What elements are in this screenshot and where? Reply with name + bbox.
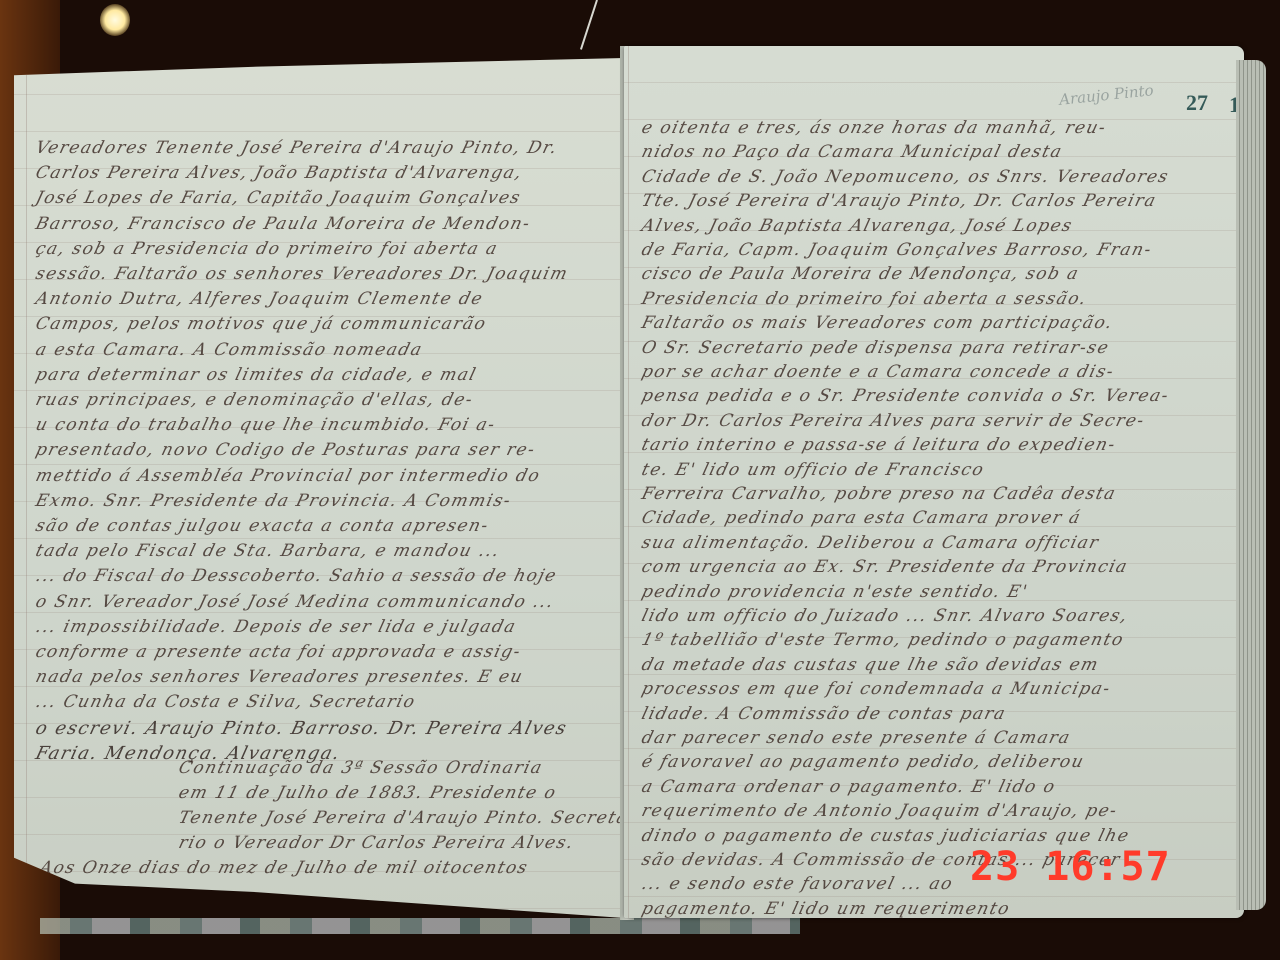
handwritten-line: Cidade de S. João Nepomuceno, os Snrs. V… (640, 167, 1172, 187)
paper-stack-under-book (40, 918, 800, 934)
handwritten-line: Continuação da 3ª Sessão Ordinaria (177, 758, 546, 778)
handwritten-line: pedindo providencia n'este sentido. E' (640, 582, 1031, 602)
handwritten-line: ... e sendo este favoravel ... ao (640, 874, 956, 894)
handwritten-line: pagamento. E' lido um requerimento (640, 899, 1013, 918)
left-page: Vereadores Tenente José Pereira d'Araujo… (14, 58, 624, 918)
handwritten-line: Ferreira Carvalho, pobre preso na Cadêa … (640, 484, 1119, 504)
handwritten-line: o escrevi. Araujo Pinto. Barroso. Dr. Pe… (33, 718, 569, 739)
handwritten-line: Tenente José Pereira d'Araujo Pinto. Sec… (177, 808, 624, 828)
handwritten-line: O Sr. Secretario pede dispensa para reti… (640, 338, 1112, 358)
handwritten-line: te. E' lido um officio de Francisco (640, 460, 987, 480)
handwritten-line: dor Dr. Carlos Pereira Alves para servir… (640, 411, 1148, 431)
handwritten-line: sua alimentação. Deliberou a Camara offi… (640, 533, 1102, 553)
handwritten-line: Cidade, pedindo para esta Camara prover … (640, 508, 1084, 528)
handwritten-line: o Snr. Vereador José José Medina communi… (34, 592, 557, 612)
handwritten-line: mettido á Assembléa Provincial por inter… (34, 466, 543, 486)
page-edges (1236, 60, 1266, 910)
handwritten-line: Campos, pelos motivos que já communicarã… (34, 314, 489, 334)
handwritten-line: presentado, novo Codigo de Posturas para… (34, 440, 538, 460)
handwritten-line: com urgencia ao Ex. Sr. Presidente da Pr… (640, 557, 1131, 577)
handwritten-line: Vereadores Tenente José Pereira d'Araujo… (34, 138, 561, 158)
handwritten-line: Alves, João Baptista Alvarenga, José Lop… (640, 216, 1075, 236)
handwritten-line: processos em que foi condemnada a Munici… (640, 679, 1114, 699)
handwritten-line: cisco de Paula Moreira de Mendonça, sob … (640, 264, 1082, 284)
handwritten-line: lido um officio do Juizado ... Snr. Alva… (640, 606, 1131, 626)
handwritten-line: Aos Onze dias do mez de Julho de mil oit… (38, 858, 531, 878)
handwritten-line: da metade das custas que lhe são devidas… (640, 655, 1102, 675)
handwritten-line: em 11 de Julho de 1883. Presidente o (177, 783, 559, 803)
handwritten-line: ... Cunha da Costa e Silva, Secretario (34, 692, 418, 712)
handwritten-line: requerimento de Antonio Joaquim d'Araujo… (640, 801, 1120, 821)
handwritten-line: conforme a presente acta foi approvada e… (34, 642, 524, 662)
handwritten-line: Barroso, Francisco de Paula Moreira de M… (34, 214, 533, 234)
handwritten-line: a Camara ordenar o pagamento. E' lido o (640, 777, 1059, 797)
handwritten-line: sessão. Faltarão os senhores Vereadores … (34, 264, 571, 284)
handwritten-line: Faltarão os mais Vereadores com particip… (640, 313, 1116, 333)
handwritten-line: Exmo. Snr. Presidente da Provincia. A Co… (34, 491, 514, 511)
bookmark-string (580, 0, 598, 50)
handwritten-line: de Faria, Capm. Joaquim Gonçalves Barros… (640, 240, 1155, 260)
right-page: Araujo Pinto 27 1 e oitenta e tres, ás o… (624, 46, 1244, 918)
handwritten-line: dindo o pagamento de custas judiciarias … (640, 826, 1132, 846)
left-page-text: Vereadores Tenente José Pereira d'Araujo… (14, 58, 624, 918)
handwritten-line: para determinar os limites da cidade, e … (34, 365, 479, 385)
handwritten-line: nada pelos senhores Vereadores presentes… (34, 667, 526, 687)
handwritten-line: e oitenta e tres, ás onze horas da manhã… (640, 118, 1109, 138)
handwritten-line: ruas principaes, e denominação d'ellas, … (34, 390, 476, 410)
handwritten-line: u conta do trabalho que lhe incumbido. F… (34, 415, 498, 435)
handwritten-line: Presidencia do primeiro foi aberta a ses… (640, 289, 1090, 309)
handwritten-line: a esta Camara. A Commissão nomeada (34, 340, 426, 360)
handwritten-line: é favoravel ao pagamento pedido, deliber… (640, 752, 1087, 772)
handwritten-line: lidade. A Commissão de contas para (640, 704, 1009, 724)
handwritten-line: José Lopes de Faria, Capitão Joaquim Gon… (34, 188, 524, 208)
handwritten-line: Antonio Dutra, Alferes Joaquim Clemente … (34, 289, 486, 309)
handwritten-line: tada pelo Fiscal de Sta. Barbara, e mand… (34, 541, 503, 561)
handwritten-line: Tte. José Pereira d'Araujo Pinto, Dr. Ca… (640, 191, 1159, 211)
handwritten-line: nidos no Paço da Camara Municipal desta (640, 142, 1065, 162)
handwritten-line: dar parecer sendo este presente á Camara (640, 728, 1073, 748)
handwritten-line: pensa pedida e o Sr. Presidente convida … (640, 386, 1172, 406)
light-reflection (100, 4, 130, 36)
handwritten-line: ... impossibilidade. Depois de ser lida … (34, 617, 519, 637)
handwritten-line: ça, sob a Presidencia do primeiro foi ab… (34, 239, 501, 259)
handwritten-line: Carlos Pereira Alves, João Baptista d'Al… (34, 163, 525, 183)
handwritten-line: 1º tabellião d'este Termo, pedindo o pag… (640, 630, 1127, 650)
right-page-text: e oitenta e tres, ás onze horas da manhã… (624, 46, 1244, 918)
handwritten-line: rio o Vereador Dr Carlos Pereira Alves. (177, 833, 577, 853)
handwritten-line: por se achar doente e a Camara concede a… (640, 362, 1117, 382)
camera-timestamp: 23 16:57 (970, 844, 1171, 890)
handwritten-line: ... do Fiscal do Desscoberto. Sahio a se… (34, 566, 560, 586)
handwritten-line: tario interino e passa-se á leitura do e… (640, 435, 1119, 455)
handwritten-line: são de contas julgou exacta a conta apre… (34, 516, 492, 536)
